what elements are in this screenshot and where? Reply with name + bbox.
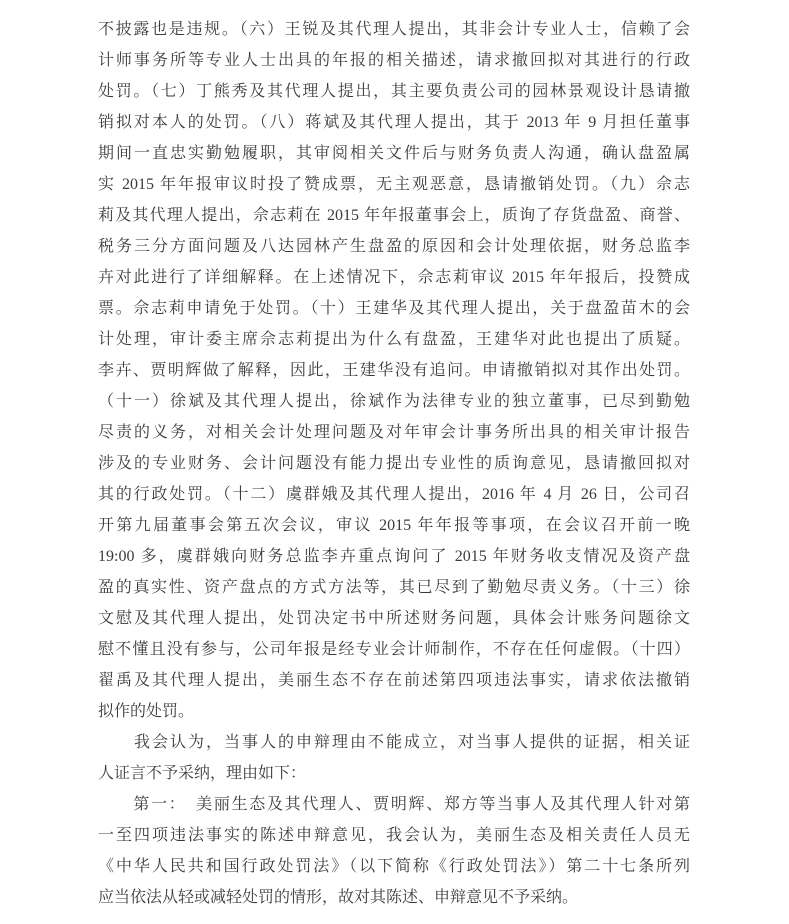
- document-line: 翟禹及其代理人提出，美丽生态不存在前述第四项违法事实，请求依法撤销: [98, 665, 690, 696]
- document-line: 计处理，审计委主席佘志莉提出为什么有盘盈，王建华对此也提出了质疑。: [98, 324, 690, 355]
- document-line: 票。佘志莉申请免于处罚。（十）王建华及其代理人提出，关于盘盈苗木的会: [98, 293, 690, 324]
- document-line: 第一： 美丽生态及其代理人、贾明辉、郑方等当事人及其代理人针对第: [98, 789, 690, 820]
- document-line: 卉对此进行了详细解释。在上述情况下，佘志莉审议 2015 年年报后，投赞成: [98, 262, 690, 293]
- document-line: 盈的真实性、资产盘点的方式方法等，其已尽到了勤勉尽责义务。（十三）徐: [98, 572, 690, 603]
- document-line: 开第九届董事会第五次会议，审议 2015 年年报等事项，在会议召开前一晚: [98, 510, 690, 541]
- document-line: 一至四项违法事实的陈述申辩意见，我会认为，美丽生态及相关责任人员无: [98, 820, 690, 851]
- document-line: 文慰及其代理人提出，处罚决定书中所述财务问题，具体会计账务问题徐文: [98, 603, 690, 634]
- document-line: 李卉、贾明辉做了解释，因此，王建华没有追问。申请撤销拟对其作出处罚。: [98, 355, 690, 386]
- document-body: 不披露也是违规。（六）王锐及其代理人提出，其非会计专业人士，信赖了会计师事务所等…: [98, 14, 690, 913]
- document-page: 不披露也是违规。（六）王锐及其代理人提出，其非会计专业人士，信赖了会计师事务所等…: [0, 0, 789, 924]
- document-line: 慰不懂且没有参与，公司年报是经专业会计师制作，不存在任何虚假。（十四）: [98, 634, 690, 665]
- document-line: 销拟对本人的处罚。（八）蒋斌及其代理人提出，其于 2013 年 9 月担任董事: [98, 107, 690, 138]
- document-line: 《中华人民共和国行政处罚法》（以下简称《行政处罚法》）第二十七条所列: [98, 851, 690, 882]
- document-line: 实 2015 年年报审议时投了赞成票，无主观恶意，恳请撤销处罚。（九）佘志: [98, 169, 690, 200]
- document-line: 不披露也是违规。（六）王锐及其代理人提出，其非会计专业人士，信赖了会: [98, 14, 690, 45]
- document-line: 尽责的义务，对相关会计处理问题及对年审会计事务所出具的相关审计报告: [98, 417, 690, 448]
- document-line: 我会认为，当事人的申辩理由不能成立，对当事人提供的证据，相关证: [98, 727, 690, 758]
- document-line: 莉及其代理人提出，佘志莉在 2015 年年报董事会上，质询了存货盘盈、商誉、: [98, 200, 690, 231]
- document-line: 期间一直忠实勤勉履职，其审阅相关文件后与财务负责人沟通，确认盘盈属: [98, 138, 690, 169]
- document-line: 其的行政处罚。（十二）虞群娥及其代理人提出，2016 年 4 月 26 日，公司…: [98, 479, 690, 510]
- document-line: 税务三分方面问题及八达园林产生盘盈的原因和会计处理依据，财务总监李: [98, 231, 690, 262]
- document-line: 涉及的专业财务、会计问题没有能力提出专业性的质询意见，恳请撤回拟对: [98, 448, 690, 479]
- document-line: 19:00 多，虞群娥向财务总监李卉重点询问了 2015 年财务收支情况及资产盘: [98, 541, 690, 572]
- document-line: 计师事务所等专业人士出具的年报的相关描述，请求撤回拟对其进行的行政: [98, 45, 690, 76]
- document-line: （十一）徐斌及其代理人提出，徐斌作为法律专业的独立董事，已尽到勤勉: [98, 386, 690, 417]
- document-line: 处罚。（七）丁熊秀及其代理人提出，其主要负责公司的园林景观设计恳请撤: [98, 76, 690, 107]
- document-line: 人证言不予采纳，理由如下：: [98, 758, 690, 789]
- document-line: 拟作的处罚。: [98, 696, 690, 727]
- document-line: 应当依法从轻或减轻处罚的情形，故对其陈述、申辩意见不予采纳。: [98, 882, 690, 913]
